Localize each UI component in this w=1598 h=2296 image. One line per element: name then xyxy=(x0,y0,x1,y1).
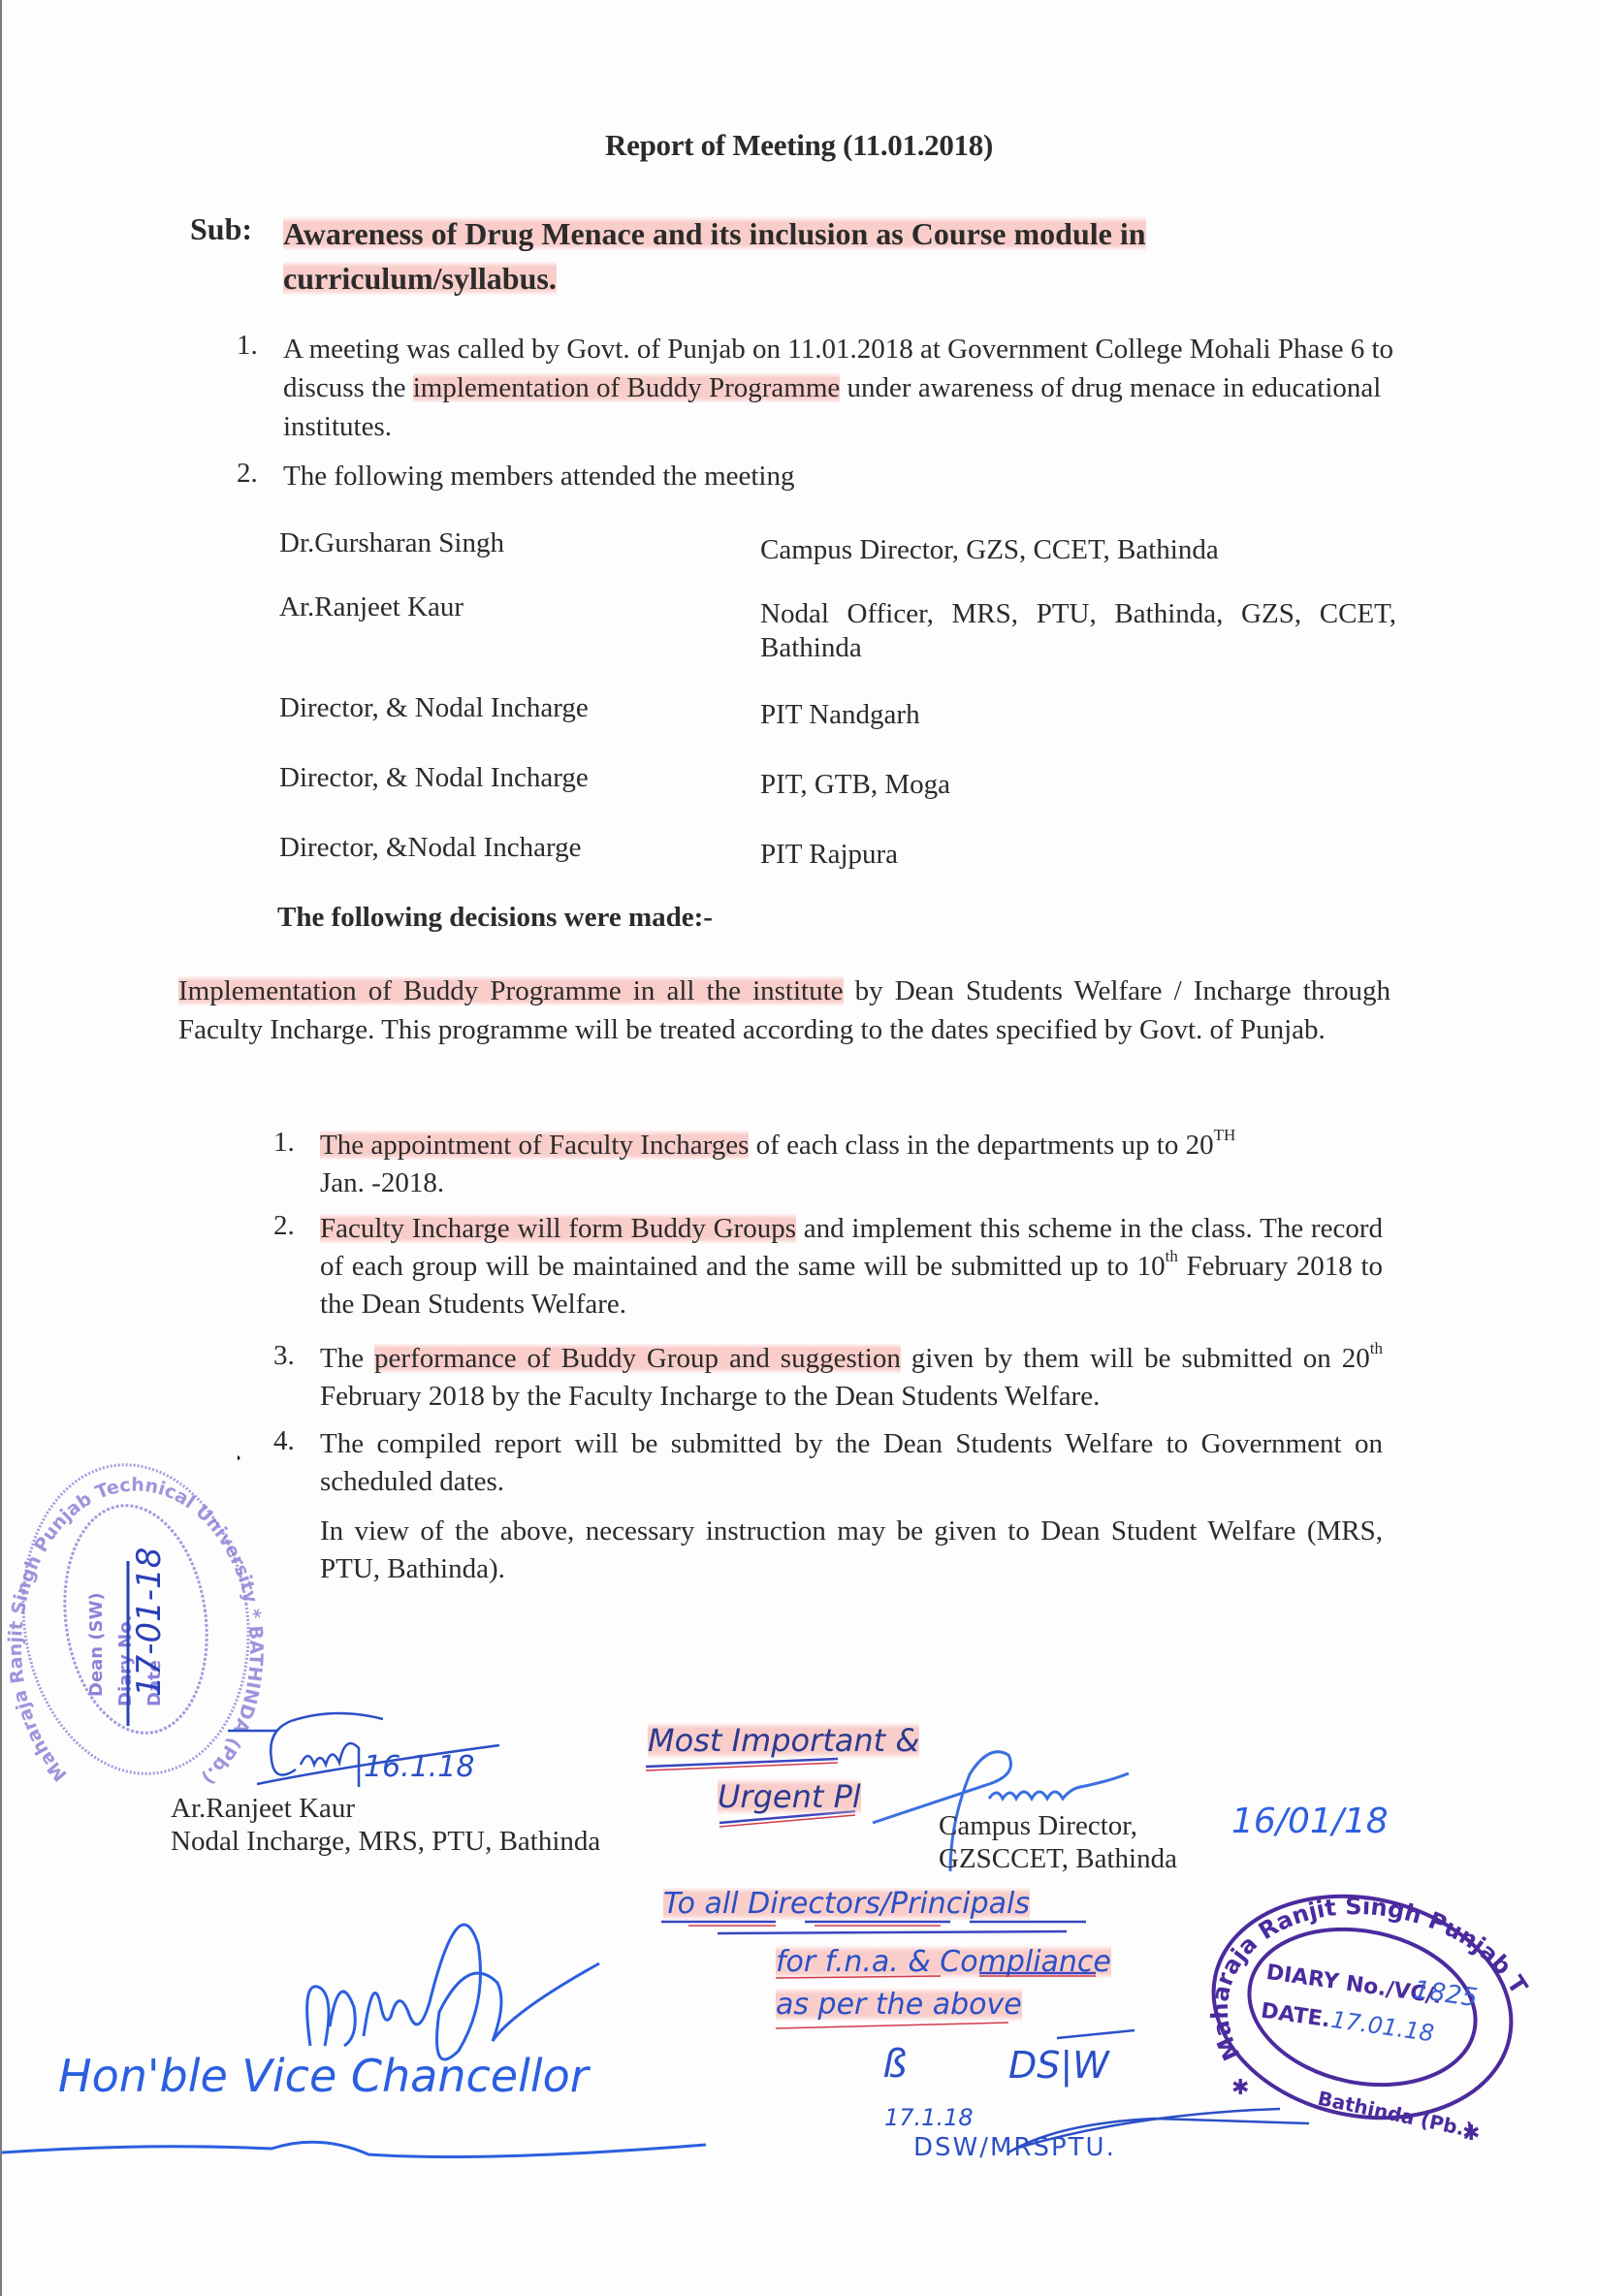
vice-chancellor-note: Hon'ble Vice Chancellor xyxy=(58,2050,589,2102)
point-1-highlight: implementation of Buddy Programme xyxy=(413,372,841,403)
vice-chancellor-signature xyxy=(291,1881,621,2056)
member-organization: PIT Nandgarh xyxy=(760,698,1396,732)
svg-text:Dean (SW): Dean (SW) xyxy=(86,1592,107,1697)
dsw-date: 17.1.18 xyxy=(884,2104,974,2131)
forward-note-underlines xyxy=(659,1920,1164,2036)
decisions-intro-highlight: Implementation of Buddy Programme in all… xyxy=(178,975,844,1006)
svg-text:✱: ✱ xyxy=(1231,2075,1249,2099)
ranjeet-kaur-signature-date: 16.1.18 xyxy=(364,1750,475,1784)
decision-4-text: The compiled report will be submitted by… xyxy=(320,1425,1383,1501)
member-organization: PIT, GTB, Moga xyxy=(760,768,1396,802)
document-title: Report of Meeting (11.01.2018) xyxy=(0,128,1598,163)
subject-label: Sub: xyxy=(190,211,252,247)
forward-note-line-1: To all Directors/Principals xyxy=(663,1887,1030,1921)
urgent-note-line-2: Urgent Pl xyxy=(718,1778,861,1815)
member-name: Dr.Gursharan Singh xyxy=(279,527,504,559)
decision-1-text: The appointment of Faculty Incharges of … xyxy=(320,1127,1396,1202)
diary-date-value: 17.01.18 xyxy=(1329,2006,1436,2048)
member-organization: Campus Director, GZS, CCET, Bathinda xyxy=(760,533,1396,567)
right-signatory-designation-2: GZSCCET, Bathinda xyxy=(939,1842,1177,1875)
vice-chancellor-underline xyxy=(0,2133,718,2172)
subject-highlight: Awareness of Drug Menace and its inclusi… xyxy=(283,216,1146,296)
decision-4-number: 4. xyxy=(273,1425,295,1457)
svg-text:Bathinda (Pb.): Bathinda (Pb.) xyxy=(1316,2087,1476,2142)
point-1-text: A meeting was called by Govt. of Punjab … xyxy=(283,330,1398,446)
point-2-number: 2. xyxy=(237,458,258,490)
member-organization: Nodal Officer, MRS, PTU, Bathinda, GZS, … xyxy=(760,597,1396,665)
member-name: Director, & Nodal Incharge xyxy=(279,762,589,794)
vc-diary-stamp: Maharaja Ranjit Singh Punjab Technical B… xyxy=(1202,1876,1522,2138)
right-signatory-designation-1: Campus Director, xyxy=(939,1809,1137,1842)
dsw-office: DSW/MRSPTU. xyxy=(913,2133,1116,2162)
decision-3-number: 3. xyxy=(273,1340,295,1372)
point-1-number: 1. xyxy=(237,330,258,362)
scan-page-edge xyxy=(0,0,2,2296)
left-signatory-designation: Nodal Incharge, MRS, PTU, Bathinda xyxy=(171,1825,600,1858)
decision-2-text: Faculty Incharge will form Buddy Groups … xyxy=(320,1210,1383,1323)
subject-text: Awareness of Drug Menace and its inclusi… xyxy=(283,211,1359,301)
diary-number-value: 1825 xyxy=(1412,1975,1480,2013)
decisions-heading: The following decisions were made:- xyxy=(277,902,713,934)
dean-stamp-handwritten-date: 17-01-18 xyxy=(130,1547,169,1697)
closing-text: In view of the above, necessary instruct… xyxy=(320,1513,1383,1588)
point-2-text: The following members attended the meeti… xyxy=(283,458,1398,495)
member-organization: PIT Rajpura xyxy=(760,838,1396,872)
decision-3-text: The performance of Buddy Group and sugge… xyxy=(320,1340,1383,1416)
member-name: Ar.Ranjeet Kaur xyxy=(279,591,463,623)
diary-date-label: DATE. xyxy=(1260,1999,1332,2033)
dsw-initial-b: ß xyxy=(882,2042,907,2087)
left-signatory-name: Ar.Ranjeet Kaur xyxy=(171,1792,355,1825)
gursharan-signature-date: 16/01/18 xyxy=(1231,1802,1389,1841)
member-name: Director, &Nodal Incharge xyxy=(279,832,582,864)
member-name: Director, & Nodal Incharge xyxy=(279,692,589,724)
decision-1-number: 1. xyxy=(273,1127,295,1159)
decisions-intro: Implementation of Buddy Programme in all… xyxy=(178,972,1390,1049)
decision-2-number: 2. xyxy=(273,1210,295,1242)
svg-text:✱: ✱ xyxy=(1462,2121,1480,2145)
